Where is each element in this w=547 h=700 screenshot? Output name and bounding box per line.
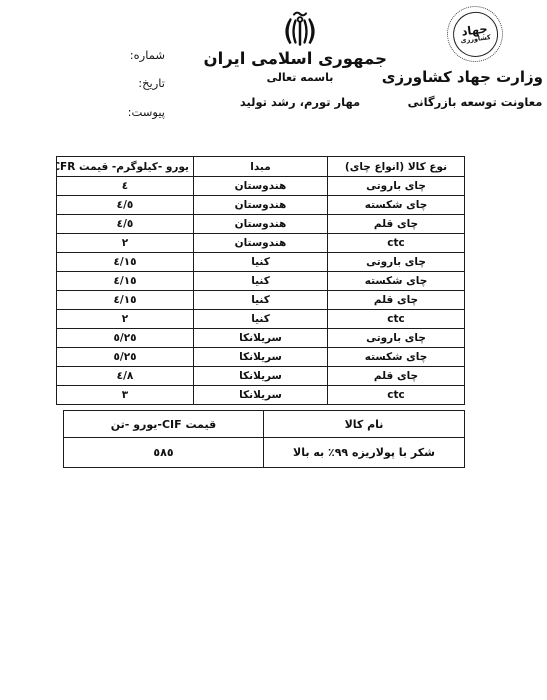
price-cell: ٤/١٥ [57,253,194,272]
product-cell: چای شکسته [328,348,465,367]
table-row: ctc هندوستان ٢ [57,234,465,253]
origin-cell: سریلانکا [194,367,328,386]
price-cell: ٤/٨ [57,367,194,386]
origin-cell: هندوستان [194,215,328,234]
product-cell: ctc [328,310,465,329]
price-cell: ٤/١٥ [57,272,194,291]
iran-emblem-icon [281,8,319,48]
tea-header-price: یورو -کیلوگرم- قیمت CFR [57,157,194,177]
table-row: چای شکسته هندوستان ٤/٥ [57,196,465,215]
product-cell: چای قلم [328,291,465,310]
origin-cell: کنیا [194,310,328,329]
price-cell: ٤/٥ [57,196,194,215]
table-row: چای باروتی سریلانکا ٥/٢٥ [57,329,465,348]
number-label: شماره: [130,48,165,62]
origin-cell: سریلانکا [194,329,328,348]
product-cell: چای قلم [328,215,465,234]
year-slogan: مهار تورم، رشد تولید [213,95,387,109]
tea-header-product: نوع کالا (انواع چای) [328,157,465,177]
product-cell: چای شکسته [328,196,465,215]
deputy-title: معاونت توسعه بازرگانی [407,95,543,109]
sugar-header-price: قیمت CIF-یورو -تن [64,411,264,438]
origin-cell: هندوستان [194,177,328,196]
jahad-keshavarzi-seal-icon: جهاد کشاورزی [444,3,506,65]
republic-title: جمهوری اسلامی ایران [213,49,387,68]
origin-cell: کنیا [194,272,328,291]
name-cell: شکر با پولاریزه ٩٩٪ به بالا [264,438,465,468]
sugar-price-table: نام کالا قیمت CIF-یورو -تن شکر با پولاری… [63,410,465,468]
product-cell: چای قلم [328,367,465,386]
table-row: چای باروتی هندوستان ٤ [57,177,465,196]
table-row: ctc سریلانکا ٣ [57,386,465,405]
seal-subword: کشاورزی [460,35,491,46]
product-cell: ctc [328,234,465,253]
tea-table-header-row: نوع کالا (انواع چای) مبدا یورو -کیلوگرم-… [57,157,465,177]
price-cell: ٥/٢٥ [57,348,194,367]
origin-cell: کنیا [194,291,328,310]
bismillah: باسمه تعالی [213,71,387,84]
product-cell: چای شکسته [328,272,465,291]
table-row: چای قلم سریلانکا ٤/٨ [57,367,465,386]
price-cell: ٤/١٥ [57,291,194,310]
product-cell: چای باروتی [328,253,465,272]
table-row: چای شکسته سریلانکا ٥/٢٥ [57,348,465,367]
table-row: چای قلم هندوستان ٤/٥ [57,215,465,234]
sugar-header-name: نام کالا [264,411,465,438]
origin-cell: سریلانکا [194,386,328,405]
table-row: چای قلم کنیا ٤/١٥ [57,291,465,310]
product-cell: چای باروتی [328,177,465,196]
tea-price-table: نوع کالا (انواع چای) مبدا یورو -کیلوگرم-… [56,156,465,405]
attachment-label: پیوست: [128,105,165,119]
price-cell: ٣ [57,386,194,405]
sugar-table-header-row: نام کالا قیمت CIF-یورو -تن [64,411,465,438]
ministry-block: جهاد کشاورزی وزارت جهاد کشاورزی معاونت ت… [407,6,543,109]
table-row: شکر با پولاریزه ٩٩٪ به بالا ٥٨٥ [64,438,465,468]
origin-cell: هندوستان [194,234,328,253]
ministry-title: وزارت جهاد کشاورزی [407,68,543,86]
table-row: چای باروتی کنیا ٤/١٥ [57,253,465,272]
price-cell: ٤/٥ [57,215,194,234]
price-cell: ٥٨٥ [64,438,264,468]
origin-cell: کنیا [194,253,328,272]
table-row: چای شکسته کنیا ٤/١٥ [57,272,465,291]
date-label: تاریخ: [138,76,165,90]
seal-inner-ring: جهاد کشاورزی [450,9,500,59]
table-row: ctc کنیا ٢ [57,310,465,329]
price-cell: ٥/٢٥ [57,329,194,348]
price-cell: ٢ [57,310,194,329]
official-letter: شماره: تاریخ: پیوست: جمهوری اسلامی ایران… [0,0,547,700]
price-cell: ٤ [57,177,194,196]
national-emblem-block: جمهوری اسلامی ایران باسمه تعالی مهار تور… [213,8,387,109]
price-cell: ٢ [57,234,194,253]
product-cell: چای باروتی [328,329,465,348]
product-cell: ctc [328,386,465,405]
origin-cell: هندوستان [194,196,328,215]
tea-header-origin: مبدا [194,157,328,177]
origin-cell: سریلانکا [194,348,328,367]
